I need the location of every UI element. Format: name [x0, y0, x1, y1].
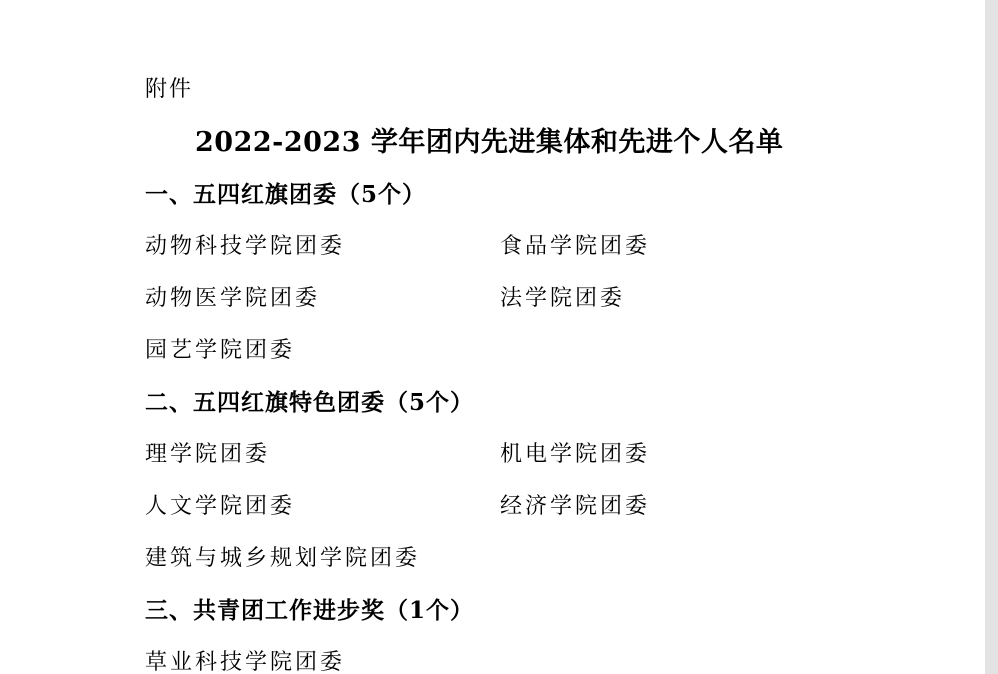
list-item: 机电学院团委: [500, 437, 650, 468]
list-item: 园艺学院团委: [145, 333, 295, 364]
list-item: 动物科技学院团委: [145, 229, 345, 260]
section-heading-1: 一、五四红旗团委（5个）: [145, 176, 426, 209]
list-item: 动物医学院团委: [145, 281, 320, 312]
list-item: 经济学院团委: [500, 489, 650, 520]
list-item: 法学院团委: [500, 281, 625, 312]
list-item: 人文学院团委: [145, 489, 295, 520]
list-item: 理学院团委: [145, 437, 270, 468]
list-item: 建筑与城乡规划学院团委: [145, 541, 420, 572]
section-heading-2: 二、五四红旗特色团委（5个）: [145, 384, 474, 417]
document-title: 2022-2023 学年团内先进集体和先进个人名单: [195, 120, 783, 159]
attachment-label: 附件: [145, 72, 193, 103]
list-item: 食品学院团委: [500, 229, 650, 260]
vertical-scrollbar[interactable]: [985, 0, 998, 674]
list-item: 草业科技学院团委: [145, 645, 345, 674]
section-heading-3: 三、共青团工作进步奖（1个）: [145, 592, 474, 625]
document-page: 附件 2022-2023 学年团内先进集体和先进个人名单 一、五四红旗团委（5个…: [0, 0, 985, 674]
